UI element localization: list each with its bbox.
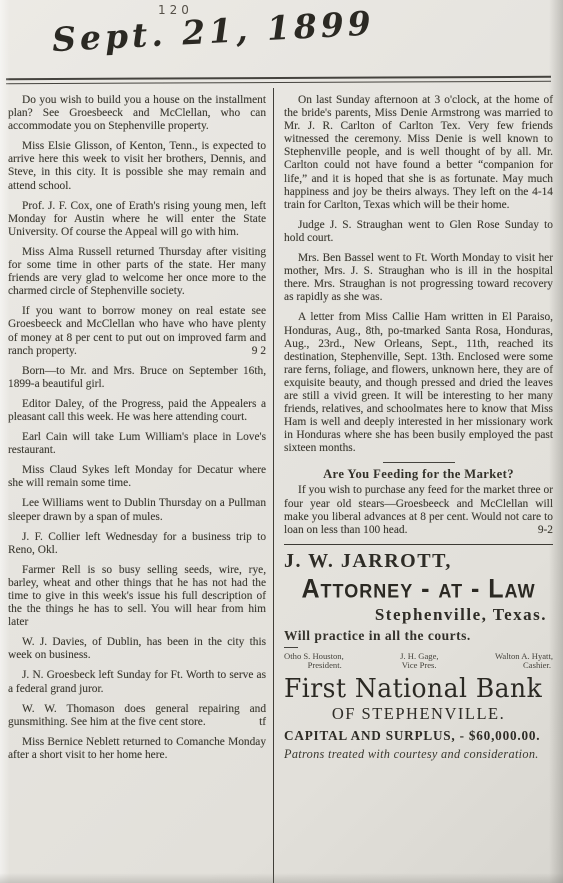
paragraph-text: Miss Alma Russell returned Thursday afte… [8, 246, 266, 297]
paragraph-text: Earl Cain will take Lum William's place … [8, 431, 266, 456]
paragraph-text: Lee Williams went to Dublin Thursday on … [8, 497, 266, 522]
news-paragraph: Miss Bernice Neblett returned to Comanch… [8, 736, 266, 762]
market-section-heading: Are You Feeding for the Market? [284, 467, 553, 482]
jarrott-ad-city: Stephenville, Texas. [284, 605, 547, 625]
news-paragraph: J. F. Collier left Wednesday for a busin… [8, 531, 266, 557]
news-paragraph: Earl Cain will take Lum William's place … [8, 431, 266, 457]
paragraph-text: Judge J. S. Straughan went to Glen Rose … [284, 219, 553, 244]
paragraph-text: Born—to Mr. and Mrs. Bruce on September … [8, 365, 266, 390]
news-paragraph: On last Sunday afternoon at 3 o'clock, a… [284, 94, 553, 212]
market-section-body: If you wish to purchase any feed for the… [284, 484, 553, 536]
jarrott-ad: J. W. JARROTT, Attorney - at - Law Steph… [284, 550, 553, 644]
paragraph-text: Mrs. Ben Bassel went to Ft. Worth Monday… [284, 252, 553, 303]
paragraph-text: Prof. J. F. Cox, one of Erath's rising y… [8, 200, 266, 238]
news-paragraph: Editor Daley, of the Progress, paid the … [8, 398, 266, 424]
paragraph-text: On last Sunday afternoon at 3 o'clock, a… [284, 94, 553, 211]
header-double-rule [6, 76, 551, 84]
news-paragraph: Miss Claud Sykes left Monday for Decatur… [8, 464, 266, 490]
news-paragraph: W. W. Thomason does general repairing an… [8, 703, 266, 729]
bank-officer-president: Otho S. Houston, President. [284, 652, 344, 671]
officer-name: Walton A. Hyatt, [495, 651, 553, 661]
paragraph-text: Editor Daley, of the Progress, paid the … [8, 398, 266, 423]
news-paragraph: Prof. J. F. Cox, one of Erath's rising y… [8, 200, 266, 239]
news-paragraph: Farmer Rell is so busy selling seeds, wi… [8, 564, 266, 629]
officer-title: President. [284, 661, 344, 671]
paragraph-text: Miss Claud Sykes left Monday for Decatur… [8, 464, 266, 489]
news-paragraph: Born—to Mr. and Mrs. Bruce on September … [8, 365, 266, 391]
bank-officers-row: Otho S. Houston, President. J. H. Gage, … [284, 652, 553, 671]
officers-dash-rule [284, 647, 298, 648]
jarrott-ad-name: J. W. JARROTT, [284, 550, 553, 573]
paragraph-text: If you want to borrow money on real esta… [8, 305, 266, 356]
paragraph-text: Miss Bernice Neblett returned to Comanch… [8, 736, 266, 761]
news-paragraph: Lee Williams went to Dublin Thursday on … [8, 497, 266, 523]
officer-title: Vice Pres. [400, 661, 438, 671]
paragraph-text: Farmer Rell is so busy selling seeds, wi… [8, 564, 266, 628]
news-paragraph: Do you wish to build you a house on the … [8, 94, 266, 133]
paragraph-text: A letter from Miss Callie Ham written in… [284, 311, 553, 454]
bank-officer-cashier: Walton A. Hyatt, Cashier. [495, 652, 553, 671]
news-paragraph: If you want to borrow money on real esta… [8, 305, 266, 357]
news-paragraph: Judge J. S. Straughan went to Glen Rose … [284, 219, 553, 245]
officer-name: J. H. Gage, [400, 651, 438, 661]
right-column-news: On last Sunday afternoon at 3 o'clock, a… [284, 94, 553, 455]
market-body-ref: 9-2 [530, 524, 553, 537]
news-paragraph: A letter from Miss Callie Ham written in… [284, 311, 553, 455]
news-paragraph: Mrs. Ben Bassel went to Ft. Worth Monday… [284, 252, 553, 304]
paragraph-text: Do you wish to build you a house on the … [8, 94, 266, 132]
ad-separator-rule [284, 544, 553, 545]
column-divider-rule [273, 88, 274, 883]
column-layout: Do you wish to build you a house on the … [0, 88, 563, 883]
handwritten-date: Sept. 21, 1899 [51, 8, 293, 60]
bank-name: First National Bank [284, 674, 542, 704]
right-column: On last Sunday afternoon at 3 o'clock, a… [275, 88, 563, 883]
jarrott-ad-note: Will practice in all the courts. [284, 628, 553, 644]
officer-name: Otho S. Houston, [284, 651, 344, 661]
bank-officer-vice-president: J. H. Gage, Vice Pres. [400, 652, 438, 671]
left-column: Do you wish to build you a house on the … [0, 88, 272, 883]
paragraph-text: J. F. Collier left Wednesday for a busin… [8, 531, 266, 556]
paragraph-text: W. W. Thomason does general repairing an… [8, 703, 266, 728]
bank-ad: Otho S. Houston, President. J. H. Gage, … [284, 652, 553, 762]
section-short-rule [383, 462, 455, 463]
news-paragraph: J. N. Groesbeck left Sunday for Ft. Wort… [8, 669, 266, 695]
paragraph-text: J. N. Groesbeck left Sunday for Ft. Wort… [8, 669, 266, 694]
paragraph-text: W. J. Davies, of Dublin, has been in the… [8, 636, 266, 661]
jarrott-ad-title: Attorney - at - Law [284, 574, 553, 605]
paragraph-ref: tf [251, 716, 266, 729]
bank-subtitle: OF STEPHENVILLE. [284, 704, 553, 724]
market-body-text: If you wish to purchase any feed for the… [284, 484, 553, 535]
news-paragraph: Miss Alma Russell returned Thursday afte… [8, 246, 266, 298]
bank-capital-line: CAPITAL AND SURPLUS, - $60,000.00. [284, 728, 553, 744]
paragraph-text: Miss Elsie Glisson, of Kenton, Tenn., is… [8, 140, 266, 191]
news-paragraph: Miss Elsie Glisson, of Kenton, Tenn., is… [8, 140, 266, 192]
news-paragraph: W. J. Davies, of Dublin, has been in the… [8, 636, 266, 662]
officer-title: Cashier. [495, 661, 553, 671]
newspaper-page: 120 Sept. 21, 1899 Do you wish to build … [0, 0, 563, 883]
paragraph-ref: 9 2 [244, 345, 266, 358]
bank-tagline: Patrons treated with courtesy and consid… [284, 747, 553, 762]
